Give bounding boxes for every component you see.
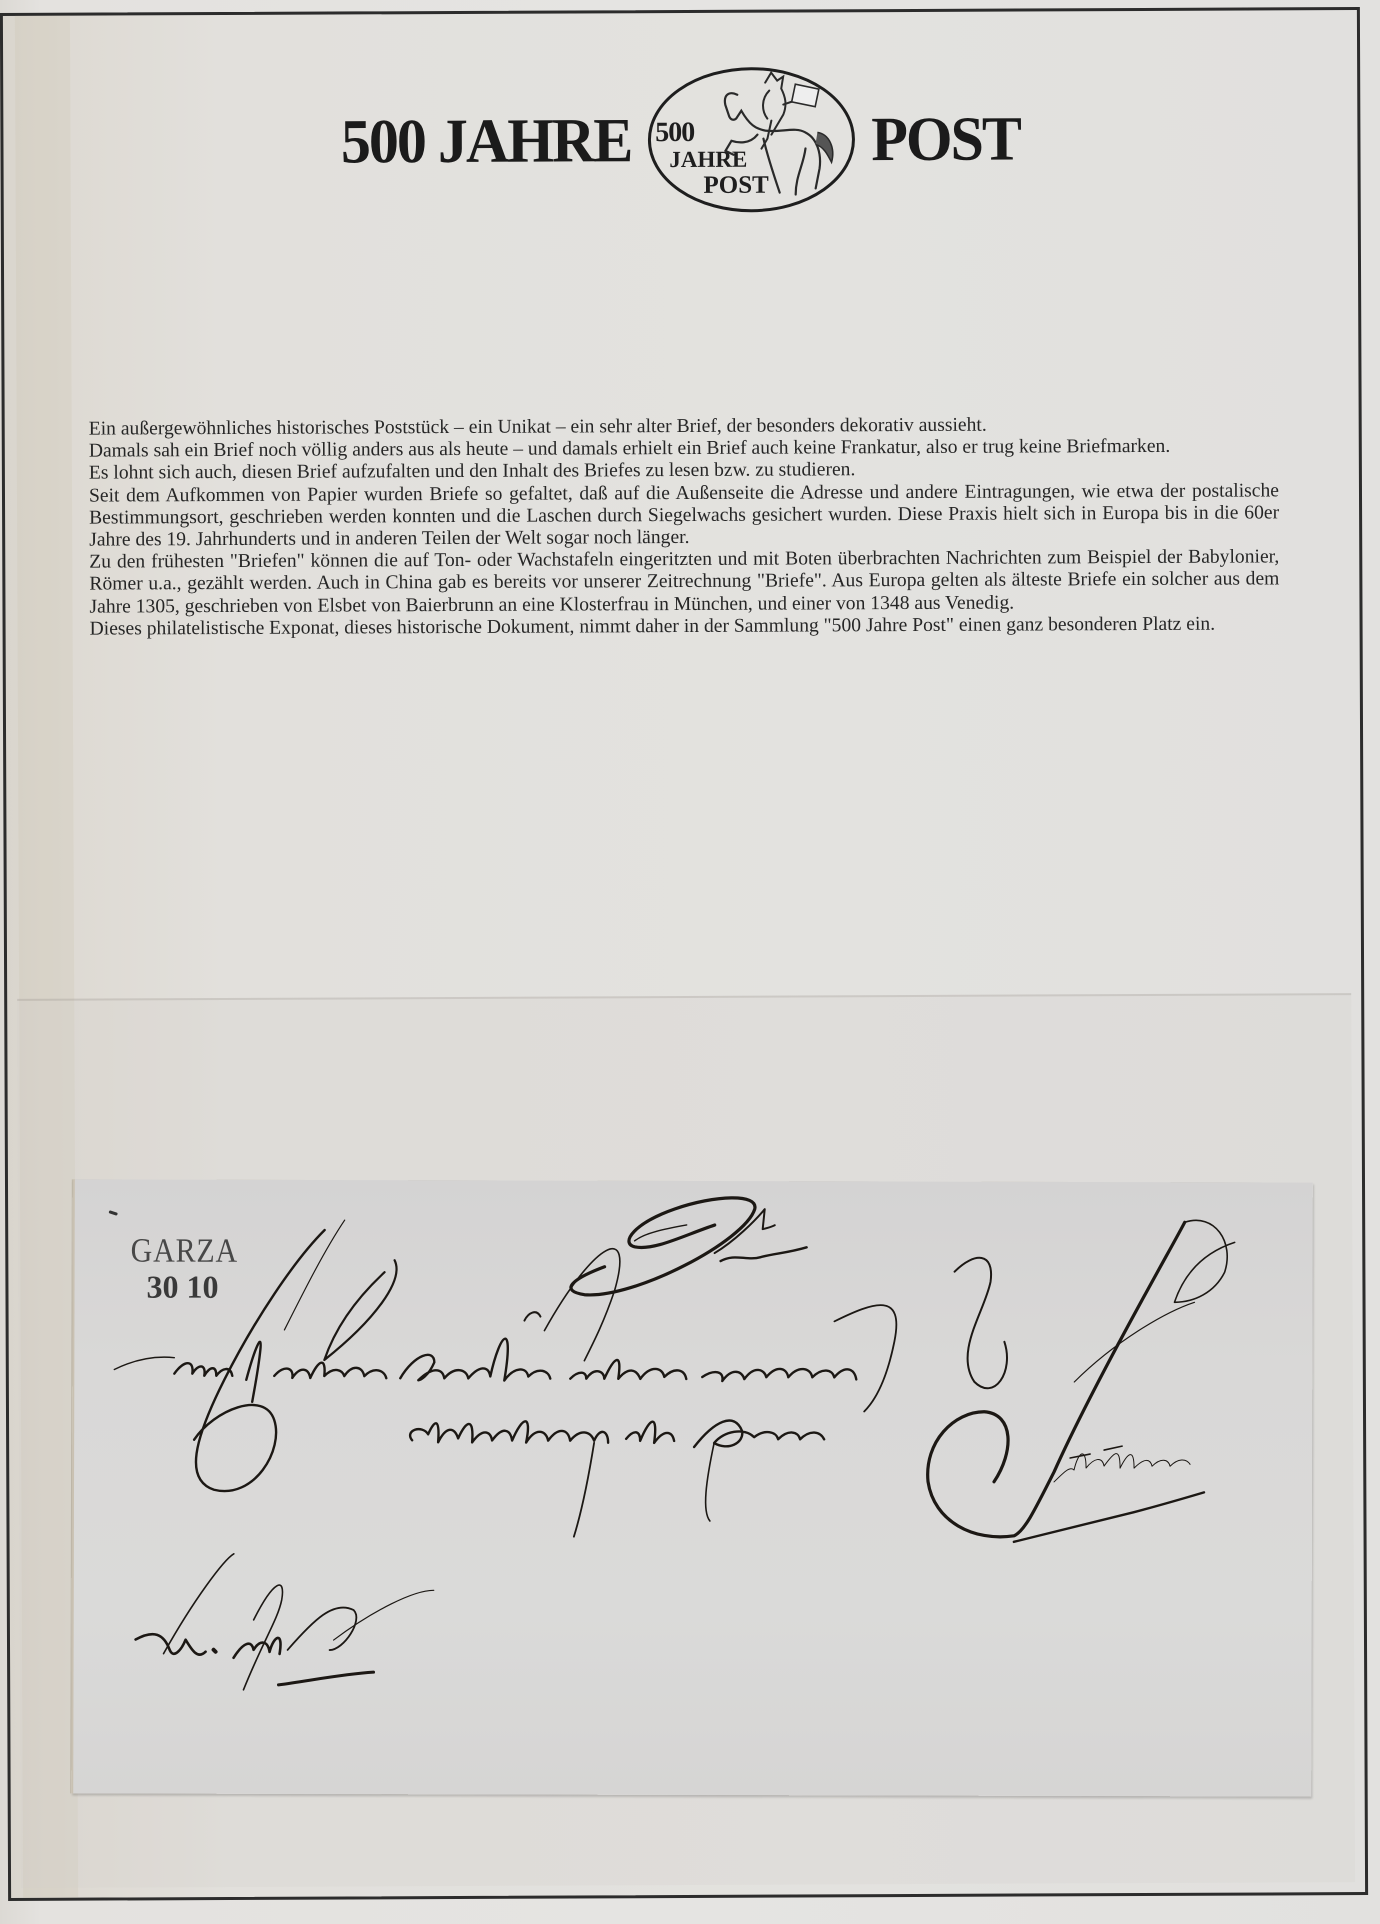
historic-folded-letter: GARZA 30 10 (71, 1179, 1313, 1796)
title-right: POST (871, 102, 1020, 175)
note-text (135, 1554, 433, 1691)
title-left: 500 JAHRE (341, 104, 632, 178)
paragraph: Seit dem Aufkommen von Papier wurden Bri… (89, 480, 1279, 552)
capital-flourish (114, 1219, 397, 1491)
logo-text-jahre: JAHRE (669, 148, 747, 171)
page-header: 500 JAHRE 500 JAHRE POST POST (3, 62, 1358, 218)
paragraph: Zu den frühesten "Briefen" können die au… (89, 547, 1279, 619)
address-line-2 (410, 1256, 1007, 1537)
description-text: Ein außergewöhnliches historisches Posts… (89, 413, 1280, 640)
post-anniversary-logo: 500 JAHRE POST (645, 64, 858, 215)
logo-text-500: 500 (655, 119, 694, 147)
album-page-photo: 500 JAHRE 500 JAHRE POST POST (0, 0, 1380, 1924)
logo-text-post: POST (703, 173, 768, 198)
address-line-1 (174, 1248, 896, 1412)
salutation-an (571, 1197, 807, 1295)
paragraph: Dieses philatelistische Exponat, dieses … (90, 613, 1280, 640)
handwritten-address (73, 1179, 1315, 1796)
